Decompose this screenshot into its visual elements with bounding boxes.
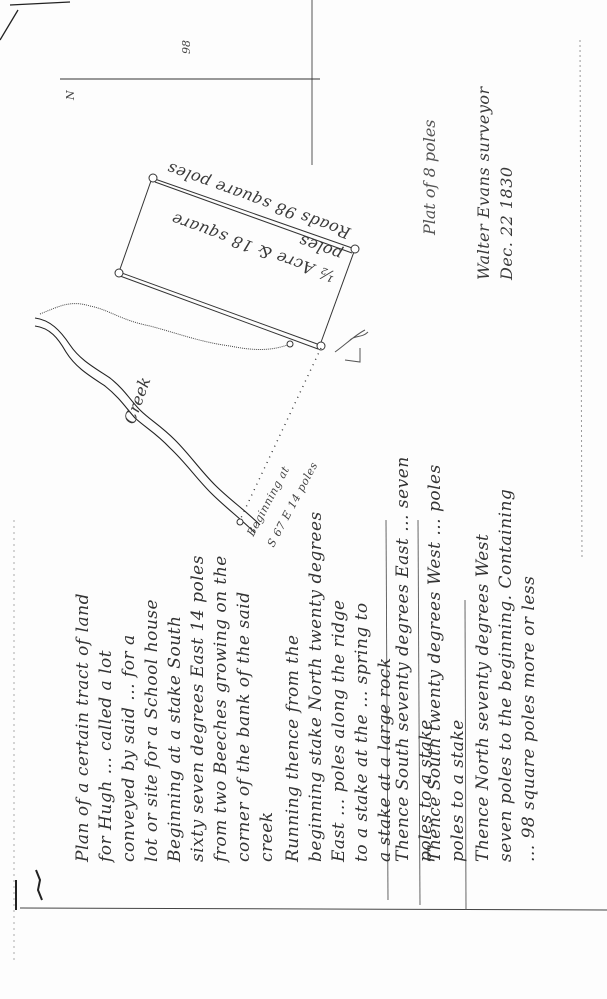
bottom-border-line	[20, 908, 607, 910]
description-line: Plan of a certain tract of land	[72, 555, 95, 862]
plat-header-note: Plat of 8 poles	[420, 119, 439, 235]
description-line: for Hugh ... called a lot	[95, 555, 118, 862]
description-line: lot or site for a School house	[141, 555, 164, 862]
course-line: Thence North seventy degrees West	[472, 489, 495, 862]
creek	[35, 318, 260, 533]
course-1: Running thence from the beginning stake …	[282, 511, 397, 862]
ink-smudge	[16, 870, 42, 910]
road-end-marker	[287, 341, 293, 347]
survey-date: Dec. 22 1830	[495, 86, 518, 280]
course-line: East ... poles along the ridge	[328, 511, 351, 862]
course-line: Thence South twenty degrees West ... pol…	[424, 464, 447, 862]
margin-mark-n: N	[64, 90, 77, 100]
description-line: creek	[256, 555, 279, 862]
course-line: beginning stake North twenty degrees	[305, 511, 328, 862]
description-line: sixty seven degrees East 14 poles	[187, 555, 210, 862]
course-3: Thence South twenty degrees West ... pol…	[424, 464, 470, 862]
course-line: Thence South seventy degrees East ... se…	[392, 456, 415, 862]
road-path	[40, 304, 290, 350]
plat-header-text: Plat of 8 poles	[420, 119, 439, 235]
course-line: ... 98 square poles more or less	[518, 489, 541, 862]
margin-mark-text: N	[64, 90, 77, 100]
surveyor-name: Walter Evans surveyor	[472, 86, 495, 280]
course-4: Thence North seventy degrees West seven …	[472, 489, 541, 862]
description-paragraph: Plan of a certain tract of land for Hugh…	[72, 555, 279, 862]
course-line: seven poles to the beginning. Containing	[495, 489, 518, 862]
description-line: conveyed by said ... for a	[118, 555, 141, 862]
course-line: Running thence from the	[282, 511, 305, 862]
margin-line	[580, 40, 582, 560]
surveyor-signature-block: Walter Evans surveyor Dec. 22 1830	[472, 86, 518, 280]
margin-mark-98: 98	[180, 40, 193, 54]
corner-fold-mark	[0, 2, 70, 40]
description-line: Beginning at a stake South	[164, 555, 187, 862]
course-line: to a stake at the ... spring to	[351, 511, 374, 862]
scanned-document-page: ½ Acre & 18 square poles Roads 98 square…	[0, 0, 607, 999]
description-line: corner of the bank of the said	[233, 555, 256, 862]
margin-mark-text: 98	[180, 40, 193, 54]
beech-trees-sketch	[335, 330, 368, 362]
description-line: from two Beeches growing on the	[210, 555, 233, 862]
course-line: poles to a stake	[447, 464, 470, 862]
